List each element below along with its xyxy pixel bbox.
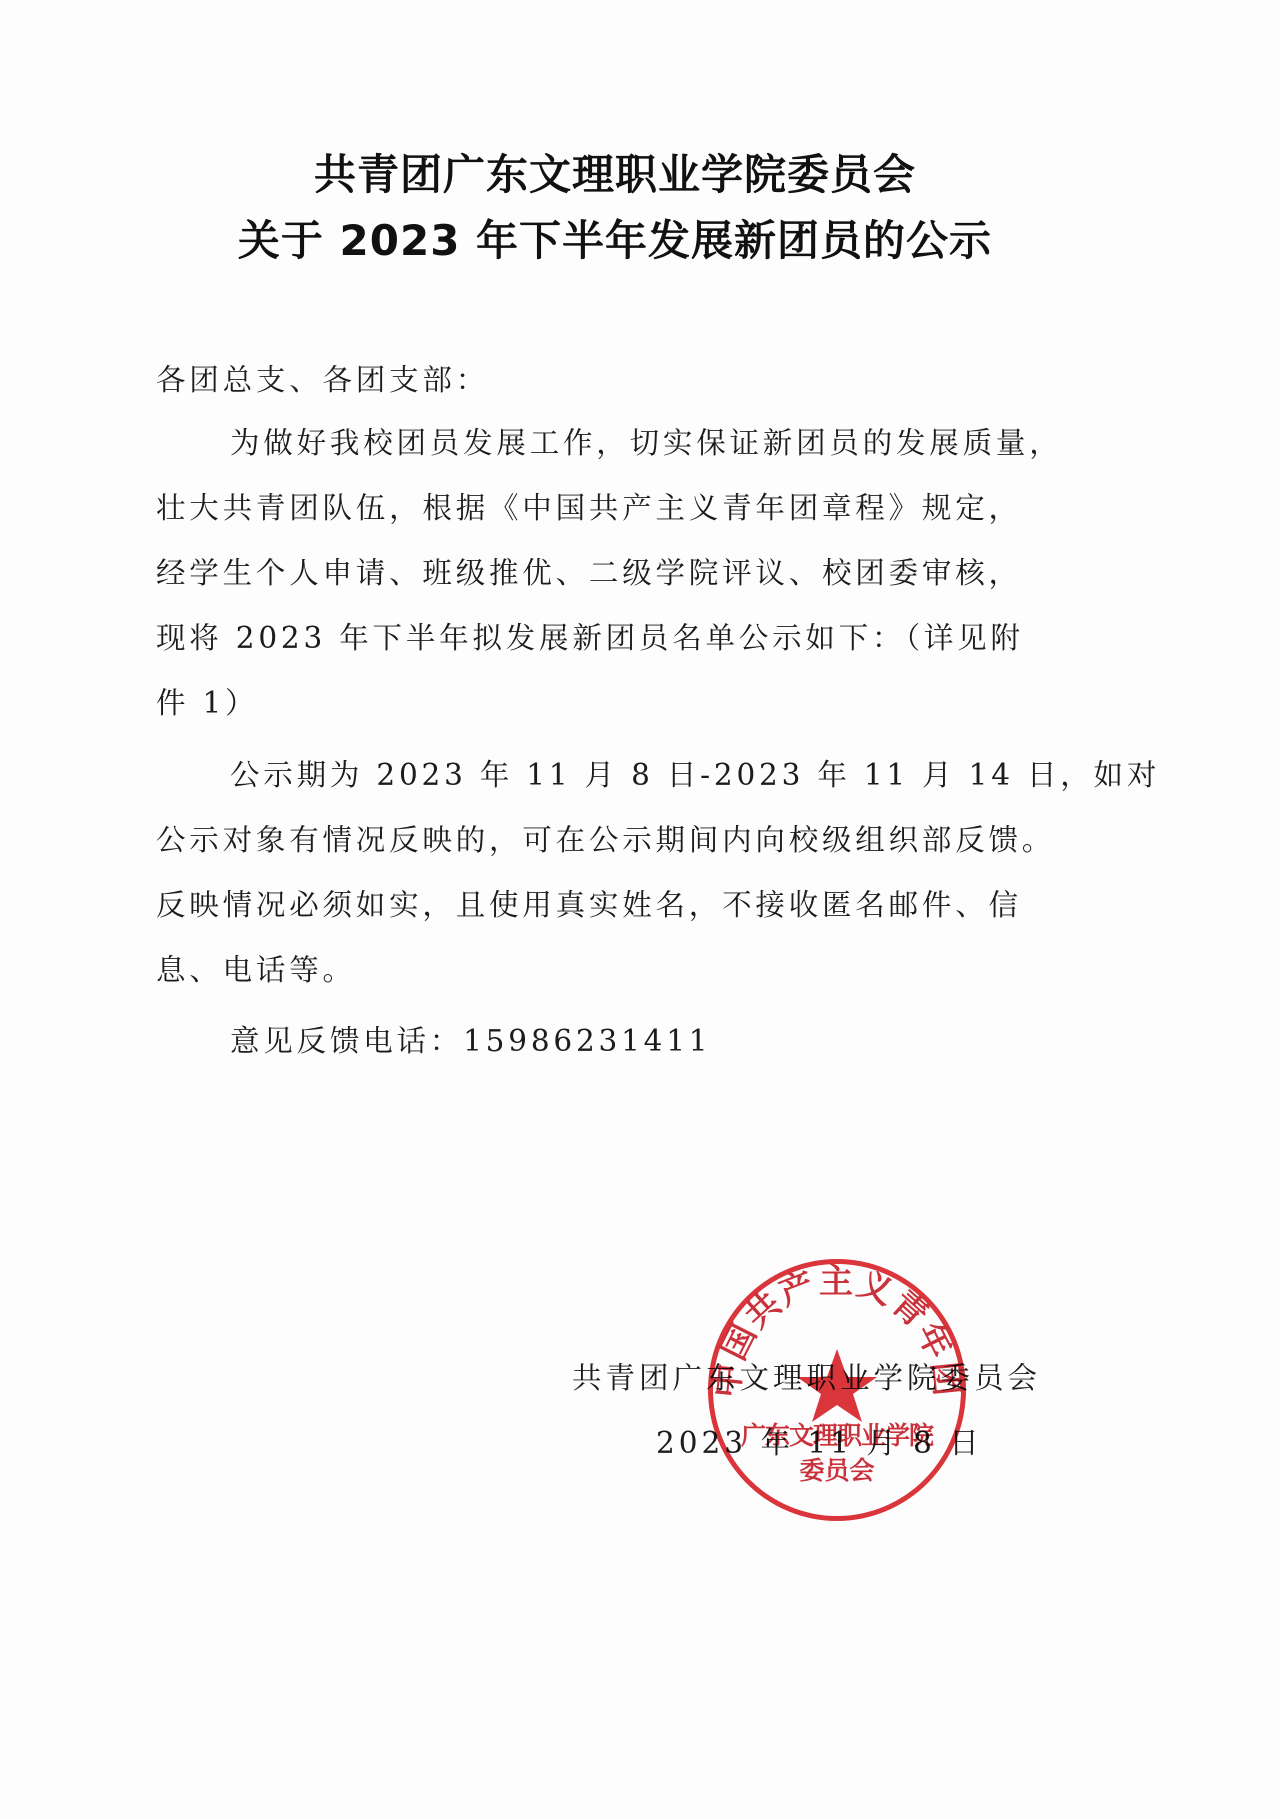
paragraph-2-line: 公示期为 2023 年 11 月 8 日-2023 年 11 月 14 日，如对: [230, 752, 1160, 794]
paragraph-1-line: 现将 2023 年下半年拟发展新团员名单公示如下：（详见附: [156, 615, 1024, 657]
paragraph-2-line: 公示对象有情况反映的，可在公示期间内向校级组织部反馈。: [156, 817, 1055, 859]
paragraph-1-line: 壮大共青团队伍，根据《中国共产主义青年团章程》规定，: [156, 485, 1022, 527]
feedback-phone-label: 意见反馈电话：: [230, 1024, 463, 1058]
seal-inner-line1: 广东文理职业学院: [713, 1416, 961, 1452]
paragraph-2-line: 息、电话等。: [156, 947, 356, 989]
paragraph-1-line: 件 1）: [156, 680, 258, 722]
official-seal: 中国共产主义青年团 广东文理职业学院 委员会: [708, 1259, 966, 1521]
seal-inner-line2: 委员会: [713, 1451, 961, 1487]
document-title-line1: 共青团广东文理职业学院委员会: [0, 142, 1255, 202]
document-page: 共青团广东文理职业学院委员会 关于 2023 年下半年发展新团员的公示 各团总支…: [0, 0, 1280, 1819]
feedback-phone-line: 意见反馈电话：15986231411: [230, 1018, 711, 1060]
feedback-phone-number: 15986231411: [463, 1024, 711, 1058]
paragraph-1-line: 为做好我校团员发展工作，切实保证新团员的发展质量，: [230, 420, 1063, 462]
paragraph-1-line: 经学生个人申请、班级推优、二级学院评议、校团委审核，: [156, 550, 1022, 592]
document-title-line2: 关于 2023 年下半年发展新团员的公示: [0, 208, 1255, 268]
salutation: 各团总支、各团支部：: [156, 357, 489, 399]
paragraph-2-line: 反映情况必须如实，且使用真实姓名，不接收匿名邮件、信: [156, 882, 1022, 924]
seal-star-icon: [797, 1349, 877, 1422]
